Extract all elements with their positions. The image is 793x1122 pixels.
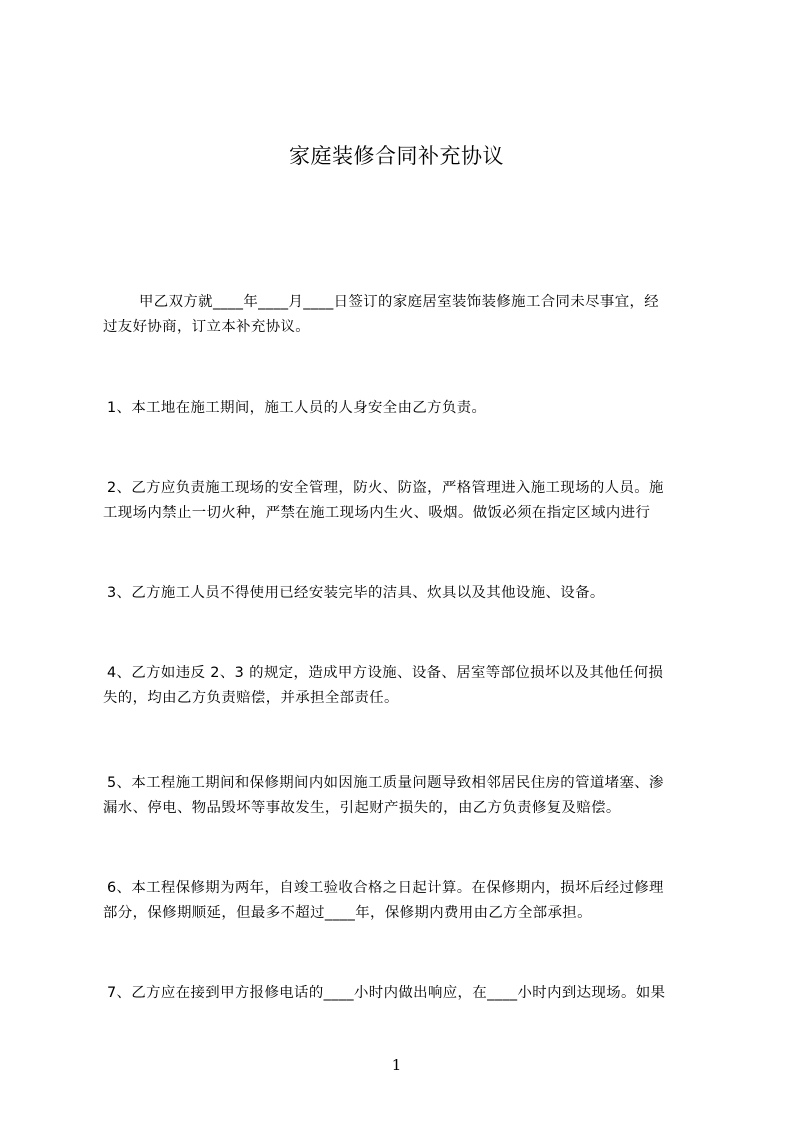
- clause-5-line-1: 5、本工程施工期间和保修期间内如因施工质量问题导致相邻居民住房的管道堵塞、渗: [103, 771, 700, 796]
- clause-6-line-1: 6、本工程保修期为两年，自竣工验收合格之日起计算。在保修期内，损坏后经过修理: [103, 876, 700, 901]
- clause-1: 1、本工地在施工期间，施工人员的人身安全由乙方负责。: [103, 396, 700, 421]
- clause-6: 6、本工程保修期为两年，自竣工验收合格之日起计算。在保修期内，损坏后经过修理 部…: [103, 876, 700, 926]
- clause-2-line-1: 2、乙方应负责施工现场的安全管理，防火、防盗，严格管理进入施工现场的人员。施: [103, 476, 700, 501]
- clause-3: 3、乙方施工人员不得使用已经安装完毕的洁具、炊具以及其他设施、设备。: [103, 581, 700, 606]
- intro-line-1: 甲乙双方就____年____月____日签订的家庭居室装饰装修施工合同未尽事宜，…: [103, 290, 700, 315]
- document-page: 家庭装修合同补充协议 甲乙双方就____年____月____日签订的家庭居室装饰…: [0, 0, 793, 1122]
- clause-4: 4、乙方如违反 2、3 的规定，造成甲方设施、设备、居室等部位损坏以及其他任何损…: [103, 661, 700, 711]
- clause-2: 2、乙方应负责施工现场的安全管理，防火、防盗，严格管理进入施工现场的人员。施 工…: [103, 476, 700, 526]
- clause-5-line-2: 漏水、停电、物品毁坏等事故发生，引起财产损失的，由乙方负责修复及赔偿。: [103, 796, 700, 821]
- clause-2-line-2: 工现场内禁止一切火种，严禁在施工现场内生火、吸烟。做饭必须在指定区域内进行: [103, 501, 700, 526]
- clause-5: 5、本工程施工期间和保修期间内如因施工质量问题导致相邻居民住房的管道堵塞、渗 漏…: [103, 771, 700, 821]
- page-number: 1: [0, 1055, 793, 1075]
- intro-line-2: 过友好协商，订立本补充协议。: [103, 315, 700, 340]
- clause-7-line-1: 7、乙方应在接到甲方报修电话的____小时内做出响应，在____小时内到达现场。…: [103, 981, 700, 1006]
- clause-4-line-1: 4、乙方如违反 2、3 的规定，造成甲方设施、设备、居室等部位损坏以及其他任何损: [103, 661, 700, 686]
- clause-1-line-1: 1、本工地在施工期间，施工人员的人身安全由乙方负责。: [103, 396, 700, 421]
- clause-6-line-2: 部分，保修期顺延，但最多不超过____年，保修期内费用由乙方全部承担。: [103, 901, 700, 926]
- document-title: 家庭装修合同补充协议: [0, 141, 793, 171]
- clause-3-line-1: 3、乙方施工人员不得使用已经安装完毕的洁具、炊具以及其他设施、设备。: [103, 581, 700, 606]
- intro-paragraph: 甲乙双方就____年____月____日签订的家庭居室装饰装修施工合同未尽事宜，…: [103, 290, 700, 340]
- clause-4-line-2: 失的，均由乙方负责赔偿，并承担全部责任。: [103, 686, 700, 711]
- clause-7: 7、乙方应在接到甲方报修电话的____小时内做出响应，在____小时内到达现场。…: [103, 981, 700, 1006]
